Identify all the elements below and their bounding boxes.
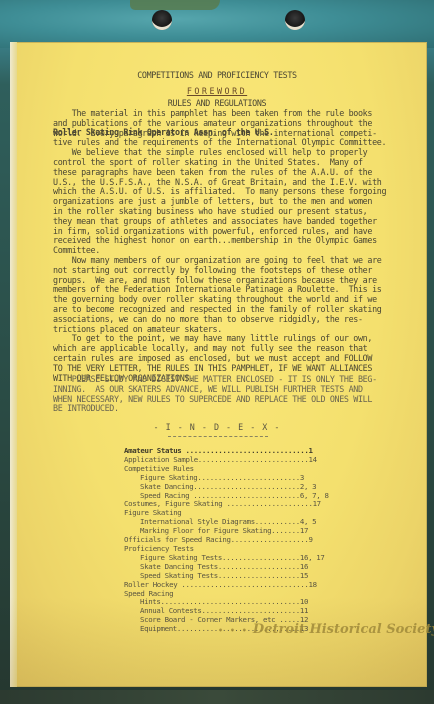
watermark: • • •Detroit Historical Society [218, 622, 434, 637]
binder-bottom [0, 690, 434, 704]
index-heading: - I - N - D - E - X - [0, 422, 434, 432]
index-list: Amateur Status .........................… [124, 447, 329, 634]
notice-paragraph: PLEASE STUDY AND DIGEST THE MATTER ENCLO… [53, 375, 377, 414]
header-title: COMPETITIONS AND PROFICIENCY TESTS [0, 71, 434, 80]
rivet-left-icon [152, 10, 172, 30]
index-divider [168, 436, 268, 438]
binder-top-flap [0, 0, 434, 48]
watermark-dots: • • • [218, 625, 249, 635]
rivet-right-icon [285, 10, 305, 30]
watermark-text: Detroit Historical Society [253, 622, 434, 637]
cover-wear-mark [130, 0, 220, 10]
foreword-heading: FOREWORD [0, 86, 434, 96]
text-line: received the highest honor on earth...me… [53, 236, 386, 246]
text-line: BE INTRODUCED. [53, 404, 377, 414]
header-subtitle: RULES AND REGULATIONS [0, 99, 434, 108]
foreword-body: The material in this pamphlet has been t… [53, 109, 386, 383]
